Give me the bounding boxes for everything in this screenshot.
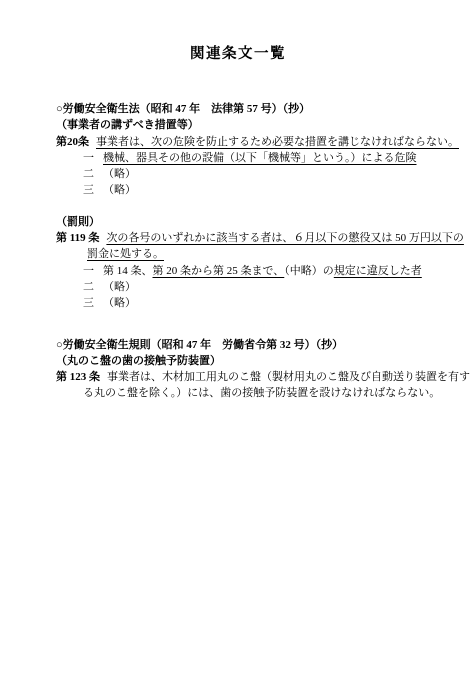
penalty-heading: （罰則） — [56, 214, 440, 230]
article-119-body-line1: 次の各号のいずれかに該当する者は、６月以下の懲役又は 50 万円以下の — [106, 232, 464, 244]
page-title: 関連条文一覧 — [0, 0, 476, 63]
item-number: 一 — [83, 263, 103, 279]
article-119-line-2: 罰金に処する。 — [56, 246, 440, 262]
document-page: 関連条文一覧 ○労働安全衛生法（昭和 47 年 法律第 57 号）（抄） （事業… — [0, 0, 476, 673]
item-text: 機械、器具その他の設備（以下「機械等」という。）による危険 — [103, 152, 417, 164]
article-119-item-2: 二（略） — [56, 279, 440, 295]
article-123-body-line2: る丸のこ盤を除く。）には、歯の接触予防装置を設けなければならない。 — [83, 387, 440, 399]
article-119-line-1: 第 119 条次の各号のいずれかに該当する者は、６月以下の懲役又は 50 万円以… — [56, 230, 440, 246]
article-123-line-1: 第 123 条事業者は、木材加工用丸のこ盤（製材用丸のこ盤及び自動送り装置を有す — [56, 369, 440, 385]
item-text: 第 14 条、第 20 条から第 25 条まで、（中略）の規定に違反した者 — [103, 265, 422, 277]
item-1-segment-underlined: 第 20 条から第 25 条まで、 — [153, 265, 285, 277]
article-119-item-3: 三（略） — [56, 295, 440, 311]
item-text: （略） — [103, 168, 136, 180]
article-119-item-1: 一第 14 条、第 20 条から第 25 条まで、（中略）の規定に違反した者 — [56, 263, 440, 279]
article-119-label: 第 119 条 — [56, 232, 99, 244]
article-20-line: 第20条事業者は、次の危険を防止するため必要な措置を講じなければならない。 — [56, 134, 440, 150]
item-1-segment-plain: （中略）の — [284, 265, 334, 277]
item-text: （略） — [103, 297, 136, 309]
article-123-line-2: る丸のこ盤を除く。）には、歯の接触予防装置を設けなければならない。 — [56, 385, 440, 401]
item-number: 二 — [83, 166, 103, 182]
item-number: 二 — [83, 279, 103, 295]
law1-subheading: （事業者の講ずべき措置等） — [56, 117, 440, 133]
article-123-body-line1: 事業者は、木材加工用丸のこ盤（製材用丸のこ盤及び自動送り装置を有す — [107, 371, 470, 383]
item-text: （略） — [103, 281, 136, 293]
article-123-label: 第 123 条 — [56, 371, 100, 383]
article-20-item-3: 三（略） — [56, 182, 440, 198]
law2-heading: ○労働安全衛生規則（昭和 47 年 労働省令第 32 号）（抄） — [56, 337, 440, 353]
item-number: 三 — [83, 295, 103, 311]
article-20-item-1: 一機械、器具その他の設備（以下「機械等」という。）による危険 — [56, 150, 440, 166]
article-20-item-2: 二（略） — [56, 166, 440, 182]
item-number: 三 — [83, 182, 103, 198]
article-20-label: 第20条 — [56, 136, 89, 148]
item-text: （略） — [103, 184, 136, 196]
item-number: 一 — [83, 150, 103, 166]
item-1-segment-plain: 第 14 条、 — [103, 265, 153, 277]
item-1-segment-underlined: 規定に違反した者 — [334, 265, 422, 277]
article-119-body-line2: 罰金に処する。 — [87, 248, 164, 260]
law2-subheading: （丸のこ盤の歯の接触予防装置） — [56, 353, 440, 369]
article-20-body: 事業者は、次の危険を防止するため必要な措置を講じなければならない。 — [96, 136, 459, 148]
law1-heading: ○労働安全衛生法（昭和 47 年 法律第 57 号）（抄） — [56, 101, 440, 117]
document-content: ○労働安全衛生法（昭和 47 年 法律第 57 号）（抄） （事業者の講ずべき措… — [0, 101, 476, 402]
